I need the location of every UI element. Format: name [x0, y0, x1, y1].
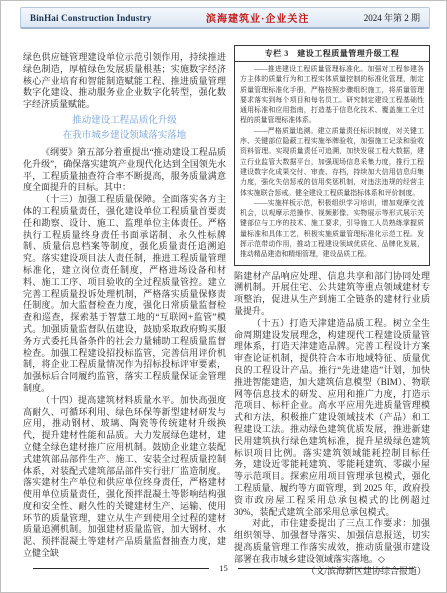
body-paragraph: （十四）提高建筑材料质量水平。加快高强度高耐久、可循环利用、绿色环保等新型建材研…: [23, 395, 226, 560]
body-paragraph: 绿色供应链管理建设单位示范引领作用，持续推进绿色制造，厚植绿色发展质量根基；实施…: [23, 52, 226, 111]
sub-heading: 推动建设工程品质化升级 在我市城乡建设领域落实落地: [23, 114, 226, 144]
body-paragraph: 《纲要》第五部分着重提出“推动建设工程品质化升级”，确保落实建筑产业现代化达到全…: [23, 147, 226, 194]
feature-box-body: ——推进建设工程质量管理标准化。加强对工程参建各方主体的质量行为和工程实体质量控…: [235, 62, 429, 265]
feature-box: 专栏 3 建设工程质量管理升级工程 ——推进建设工程质量管理标准化。加强对工程参…: [234, 45, 430, 266]
feature-box-item: ——推进建设工程质量管理标准化。加强对工程参建各方主体的质量行为和工程实体质量控…: [240, 65, 424, 127]
page-header: BinHai Construction Industry 滨海建筑业·企业关注 …: [20, 7, 430, 29]
page-footer: 15: [33, 563, 414, 573]
body-paragraph: （十三）加强工程质量保障。全面落实各方主体的工程质量责任，强化建设单位工程质量首…: [23, 194, 226, 395]
body-paragraph: 对此，市住建委提出了三点工作要求：加强组织领导、加强督导落实、加强信息报送，切实…: [234, 518, 430, 565]
sub-heading-line2: 在我市城乡建设领域落实落地: [23, 129, 226, 144]
feature-box-item: ——严格质量追溯。建立质量责任标识制度，对关键工序、关键部位隐蔽工程实施举牌验收…: [240, 127, 424, 199]
right-column: 专栏 3 建设工程质量管理升级工程 ——推进建设工程质量管理标准化。加强对工程参…: [234, 45, 430, 577]
magazine-page: BinHai Construction Industry 滨海建筑业·企业关注 …: [0, 0, 447, 593]
feature-box-item: ——实施样板示范，积极组织学习培训，增加观摩交流机会，以观摩示范操作、视频影像、…: [240, 199, 424, 261]
page-number: 15: [209, 563, 238, 573]
body-paragraph: （十五）打造天津建造品质工程。树立全生命周期建设发展理念，构建现代工程建设质量管…: [234, 318, 430, 519]
left-column: 绿色供应链管理建设单位示范引领作用，持续推进绿色制造，厚植绿色发展质量根基；实施…: [23, 52, 226, 560]
sub-heading-line1: 推动建设工程品质化升级: [23, 114, 226, 129]
feature-box-title: 专栏 3 建设工程质量管理升级工程: [235, 46, 429, 62]
footer-rule-right: [238, 568, 414, 569]
journal-title-en: BinHai Construction Industry: [30, 13, 152, 23]
body-paragraph: 陷建材产品响应处理、信息共享和部门协同处理溯机制。开展住宅、公共建筑等重点领域建…: [234, 271, 430, 318]
footer-rule-left: [33, 568, 209, 569]
section-title-cn: 滨海建筑业·企业关注: [206, 10, 309, 25]
issue-label: 2024 年第 2 期: [364, 11, 420, 24]
